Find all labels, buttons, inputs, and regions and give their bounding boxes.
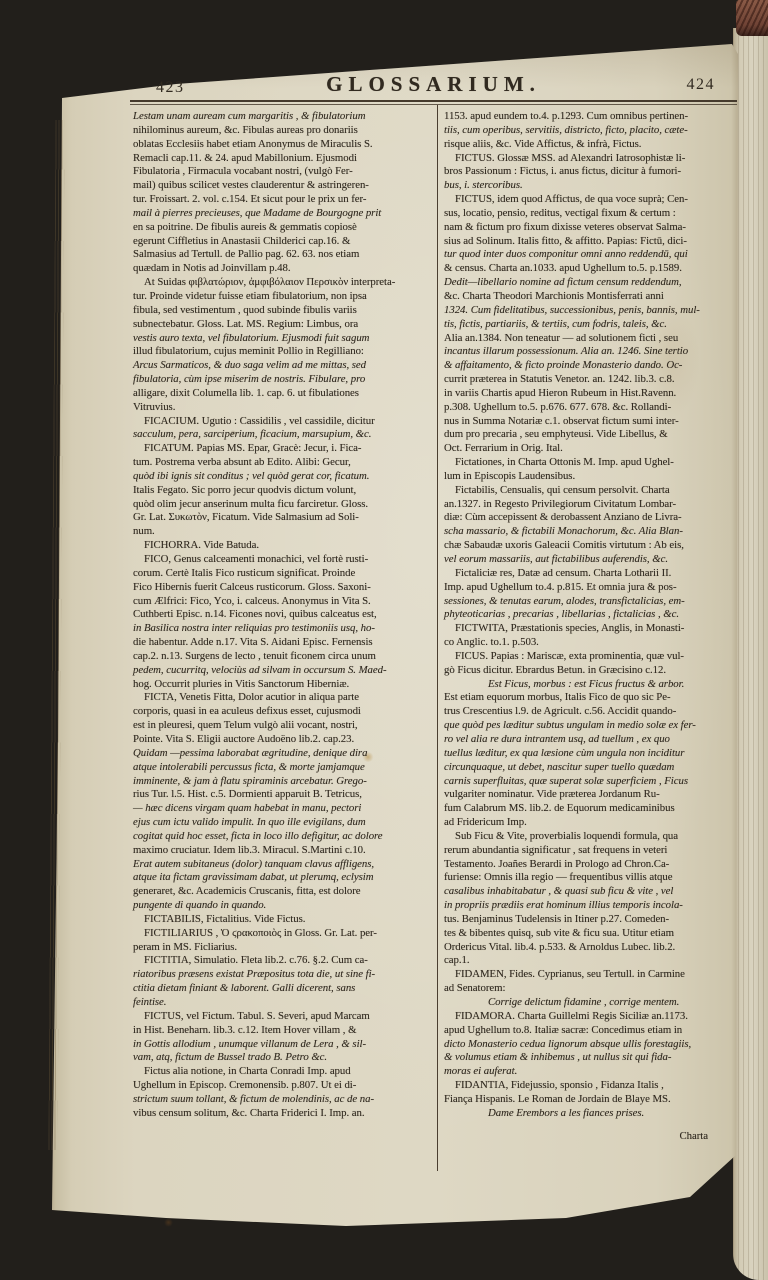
- text-line: 1153. apud eundem to.4. p.1293. Cum omni…: [444, 110, 736, 124]
- text-line: en sa poitrine. De fibulis aureis & gemm…: [133, 221, 434, 235]
- text-line: Gr. Lat. Συκωτὸν, Ficatum. Vide Salmasiu…: [133, 511, 434, 525]
- entry-start-line: FICTWITA, Præstationis species, Anglis, …: [444, 622, 736, 636]
- text-line: Ughellum in Episcop. Cremonensib. p.807.…: [133, 1079, 434, 1093]
- text-line: corporis, quasi in ea aculeus defixus es…: [133, 705, 434, 719]
- text-line: fum Calabrum MS. lib.2. de Equorum medic…: [444, 802, 736, 816]
- text-line: Dame Erembors a les fiances prises.: [444, 1107, 736, 1121]
- text-line: sius ad Solinum. Italis fitto, & affitto…: [444, 235, 736, 249]
- text-line: diæ: Cùm accepissent & derobassent Anzia…: [444, 511, 736, 525]
- text-line: Cuthberti Episc. n.14. Ficones novi, qui…: [133, 608, 434, 622]
- text-line: & affaitamento, & ficto proinde Monaster…: [444, 359, 736, 373]
- entry-start-line: FICUS. Papias : Mariscæ, exta prominenti…: [444, 650, 736, 664]
- text-line: Alia an.1384. Non teneatur — ad solution…: [444, 332, 736, 346]
- text-line: Remacli cap.11. & 24. apud Mabillonium. …: [133, 152, 434, 166]
- text-line: rius Tur. l.5. Hist. c.5. Dormienti appa…: [133, 788, 434, 802]
- text-line: Est etiam equorum morbus, Italis Fico de…: [444, 691, 736, 705]
- text-line: risque aliis, &c. Vide Affictus, & infrà…: [444, 138, 736, 152]
- text-line: Ordericus Vital. lib.4. p.533. & Arnoldu…: [444, 941, 736, 955]
- text-line: carnis superfluitas, quæ superat solæ su…: [444, 775, 736, 789]
- text-line: alligare, dixit Columella lib. 1. cap. 6…: [133, 387, 434, 401]
- text-line: feintise.: [133, 996, 434, 1010]
- text-line: pedem, cucurritq, velociùs ad silvam in …: [133, 664, 434, 678]
- left-text-column: Lestam unam auream cum margaritis , & fi…: [133, 110, 434, 1121]
- text-line: tes & bibentes quisq, sub vite & ficu su…: [444, 927, 736, 941]
- text-line: atque intolerabili percussus ficta, & mo…: [133, 761, 434, 775]
- text-line: die habentur. Adde n.17. Vita S. Aidani …: [133, 636, 434, 650]
- text-line: fibulatoria, cùm ipse miserim de nostris…: [133, 373, 434, 387]
- header-rule-top: [130, 100, 737, 102]
- text-line: Quidam —pessima laborabat ægritudine, de…: [133, 747, 434, 761]
- entry-start-line: FIDAMORA. Charta Guillelmi Regis Siciliæ…: [444, 1010, 736, 1024]
- entry-start-line: FICTUS, idem quod Affictus, de qua voce …: [444, 193, 736, 207]
- text-line: in variis Chartis apud Hieron Rubeum in …: [444, 387, 736, 401]
- text-line: sus, locatio, pensio, reditus, vectigal …: [444, 207, 736, 221]
- text-line: subnectebatur. Gloss. Lat. MS. Regium: L…: [133, 318, 434, 332]
- text-line: tum. Postrema verba absunt ab Edito. Ali…: [133, 456, 434, 470]
- entry-start-line: FICHORRA. Vide Batuda.: [133, 539, 434, 553]
- text-line: cogitat quid hoc esset, ficta in loco il…: [133, 830, 434, 844]
- text-line: atque ita fictam gravissimam dabat, ut p…: [133, 871, 434, 885]
- text-line: Lestam unam auream cum margaritis , & fi…: [133, 110, 434, 124]
- entry-start-line: FIDAMEN, Fides. Cyprianus, seu Tertull. …: [444, 968, 736, 982]
- entry-start-line: FICATUM. Papias MS. Epar, Gracè: Jecur, …: [133, 442, 434, 456]
- column-divider-rule: [437, 105, 438, 1171]
- entry-start-line: FICTABILIS, Fictalitius. Vide Fictus.: [133, 913, 434, 927]
- text-line: dicto Monasterio cedua lignorum absque u…: [444, 1038, 736, 1052]
- text-line: circunquaque, ut debet, nascitur super t…: [444, 761, 736, 775]
- text-line: in propriis prædiis erat hominum illius …: [444, 899, 736, 913]
- text-line: trus Crescentius l.9. de Agricult. c.56.…: [444, 705, 736, 719]
- text-line: dum pro precaria , seu emphyteusi. Vide …: [444, 428, 736, 442]
- text-line: Pointe. Vita S. Eligii auctore Audoëno l…: [133, 733, 434, 747]
- text-line: gò Ficus dicitur. Ebrardus Betun. in Græ…: [444, 664, 736, 678]
- text-line: cap.2. n.13. Surgens de lecto , tenuit f…: [133, 650, 434, 664]
- text-line: tuellus læditur, ex qua læsione cùm ungu…: [444, 747, 736, 761]
- text-line: Imp. apud Ughellum to.4. p.815. Et omnia…: [444, 581, 736, 595]
- text-line: ctitia dietam finiant & laborent. Galli …: [133, 982, 434, 996]
- text-line: Dedit—libellario nomine ad fictum censum…: [444, 276, 736, 290]
- glossary-title: GLOSSARIUM.: [130, 72, 737, 97]
- text-line: hog. Occurrit pluries in Vitis Sanctorum…: [133, 678, 434, 692]
- text-line: fibula, sed vestimentum , quod subinde f…: [133, 304, 434, 318]
- text-line: nihilominus aureum, &c. Fibulas aureas p…: [133, 124, 434, 138]
- text-line: maximo cruciatur. Idem lib.3. Miracul. S…: [133, 844, 434, 858]
- text-line: furiense: Omnis illa regio — frequentibu…: [444, 871, 736, 885]
- text-line: peram in MS. Ficliarius.: [133, 941, 434, 955]
- text-line: ad Senatorem:: [444, 982, 736, 996]
- text-line: corum. Certè Italis Fico rusticum signif…: [133, 567, 434, 581]
- text-line: & volumus etiam & inhibemus , ut nullus …: [444, 1051, 736, 1065]
- entry-start-line: FIDANTIA, Fidejussio, sponsio , Fidanza …: [444, 1079, 736, 1093]
- text-line: tur. Proinde videtur fuisse etiam fibula…: [133, 290, 434, 304]
- text-line: vestis auro texta, vel fibulatorium. Eju…: [133, 332, 434, 346]
- text-line: num.: [133, 525, 434, 539]
- entry-start-line: FICACIUM. Ugutio : Cassidilis , vel cass…: [133, 415, 434, 429]
- text-line: co Anglic. to.1. p.503.: [444, 636, 736, 650]
- text-line: apud Ughellum to.8. Italiæ sacræ: Conced…: [444, 1024, 736, 1038]
- entry-start-line: Sub Ficu & Vite, proverbialis loquendi f…: [444, 830, 736, 844]
- text-line: tus. Benjaminus Tudelensis in Itiner p.2…: [444, 913, 736, 927]
- text-line: in Hist. Beneharn. lib.3. c.12. Item Hov…: [133, 1024, 434, 1038]
- text-line: bus, i. stercoribus.: [444, 179, 736, 193]
- text-line: Erat autem subitaneus (dolor) tanquam cl…: [133, 858, 434, 872]
- text-line: Fico Hibernis fuerit Calceus rusticorum.…: [133, 581, 434, 595]
- text-line: ro vel alia re dura intrantem usq, ad tu…: [444, 733, 736, 747]
- text-line: in Basilica nostra inter reliquias pro t…: [133, 622, 434, 636]
- page-number-right: 424: [687, 76, 716, 94]
- text-line: ejus cum ictu valido impulit. In quo ill…: [133, 816, 434, 830]
- text-line: currit præterea in Statutis Venetor. an.…: [444, 373, 736, 387]
- text-line: strictum suum tollant, & fictum de molen…: [133, 1093, 434, 1107]
- scanned-book-photo: { "page": { "left_page_number": "423", "…: [0, 0, 768, 1280]
- entry-start-line: Fictationes, in Charta Ottonis M. Imp. a…: [444, 456, 736, 470]
- text-line: — hæc dicens virgam quam habebat in manu…: [133, 802, 434, 816]
- text-line: ad Fridericum Imp.: [444, 816, 736, 830]
- text-line: tis, fictis, partiariis, & tertiis, cum …: [444, 318, 736, 332]
- text-line: tiis, cum operibus, servitiis, districto…: [444, 124, 736, 138]
- text-line: Fibulatoria , Firmacula vocabant nostri,…: [133, 165, 434, 179]
- entry-start-line: FICTITIA, Simulatio. Fleta lib.2. c.76. …: [133, 954, 434, 968]
- text-line: sacculum, pera, sarciperium, ficacium, m…: [133, 428, 434, 442]
- text-line: in Gottis allodium , unumque villanum de…: [133, 1038, 434, 1052]
- text-line: chæ Sabaudæ uxoris Galeacii Comitis virt…: [444, 539, 736, 553]
- text-line: Corrige delictum fidamine , corrige ment…: [444, 996, 736, 1010]
- catchword: Charta: [444, 1130, 736, 1144]
- text-line: moras ei auferat.: [444, 1065, 736, 1079]
- entry-start-line: FICTILIARIUS , Ὁ ϛρακοποιὸς in Gloss. Gr…: [133, 927, 434, 941]
- text-line: egerunt Ciffletius in Anastasii Childeri…: [133, 235, 434, 249]
- right-text-column: 1153. apud eundem to.4. p.1293. Cum omni…: [444, 110, 736, 1143]
- text-line: quòd ibi ignis sit conditus ; vel quòd g…: [133, 470, 434, 484]
- text-line: Arcus Sarmaticos, & duo saga velim ad me…: [133, 359, 434, 373]
- text-line: tur quod inter duos componitur omni anno…: [444, 248, 736, 262]
- entry-start-line: Fictabilis, Censualis, qui censum persol…: [444, 484, 736, 498]
- text-line: Fiança Hispanis. Le Roman de Jordain de …: [444, 1093, 736, 1107]
- text-line: que quòd pes læditur subtus ungulam in m…: [444, 719, 736, 733]
- text-line: generaret, &c. Academicis Cruscanis, fit…: [133, 885, 434, 899]
- text-line: Salmasius ad Tertull. de Pallio pag. 62.…: [133, 248, 434, 262]
- text-line: vam, atq, fictum de Bussel trado B. Petr…: [133, 1051, 434, 1065]
- text-line: imminente, & jam à flatu spiraminis arce…: [133, 775, 434, 789]
- entry-start-line: At Suidas φιβλατώριον, ἀμφιβόλαιον Περσι…: [133, 276, 434, 290]
- entry-start-line: FICO, Genus calceamenti monachici, vel f…: [133, 553, 434, 567]
- text-line: vel eorum massariis, aut fictabilibus au…: [444, 553, 736, 567]
- entry-start-line: Fictaliciæ res, Datæ ad censum. Charta L…: [444, 567, 736, 581]
- text-line: est in pleuresi, quem Telum vulgò alii v…: [133, 719, 434, 733]
- entry-start-line: FICTUS. Glossæ MSS. ad Alexandri Iatroso…: [444, 152, 736, 166]
- text-line: rerum abundantia significatur , sat freq…: [444, 844, 736, 858]
- text-line: pungente di quando in quando.: [133, 899, 434, 913]
- text-line: quædam in Notis ad Joinvillam p.48.: [133, 262, 434, 276]
- text-line: lum in Episcopis Laudensibus.: [444, 470, 736, 484]
- text-line: vibus censum solitum, &c. Charta Frideri…: [133, 1107, 434, 1121]
- text-line: bros Passionum : Fictus, i. anus fictus,…: [444, 165, 736, 179]
- text-line: phyteoticarias , precarias , libellarias…: [444, 608, 736, 622]
- text-line: casalibus inhabitabatur , & quasi sub fi…: [444, 885, 736, 899]
- text-line: Est Ficus, morbus : est Ficus fructus & …: [444, 678, 736, 692]
- text-line: nam & fictum pro fixum dixisse veteres o…: [444, 221, 736, 235]
- text-line: riatoribus præsens existat Præpositus to…: [133, 968, 434, 982]
- text-line: Vitruvius.: [133, 401, 434, 415]
- entry-start-line: FICTUS, vel Fictum. Tabul. S. Severi, ap…: [133, 1010, 434, 1024]
- text-line: vulgariter nominatur. Vide præterea Jord…: [444, 788, 736, 802]
- text-line: quòd olim jecur anserinum multa ficu far…: [133, 498, 434, 512]
- text-line: nus in Summa Notariæ c.1. observat fictu…: [444, 415, 736, 429]
- text-line: &c. Charta Theodori Marchionis Montisfer…: [444, 290, 736, 304]
- text-line: scha massario, & fictabili Monachorum, &…: [444, 525, 736, 539]
- text-line: oblatas Ecclesiis habet etiam Anonymus d…: [133, 138, 434, 152]
- book-headband: [736, 0, 768, 36]
- text-line: Italis Fegato. Sic porro jecur quodvis d…: [133, 484, 434, 498]
- text-line: an.1327. in Regesto Privilegiorum Civita…: [444, 498, 736, 512]
- entry-start-line: FICTA, Venetis Fitta, Dolor acutior in a…: [133, 691, 434, 705]
- page-header: 423 GLOSSARIUM. 424: [130, 72, 737, 98]
- text-line: illud fibulatorium, cujus meminit Pollio…: [133, 345, 434, 359]
- paper-stain: [164, 1218, 173, 1227]
- text-line: cap.1.: [444, 954, 736, 968]
- entry-start-line: Fictus alia notione, in Charta Conradi I…: [133, 1065, 434, 1079]
- text-line: incantus illarum possessionum. Alia an. …: [444, 345, 736, 359]
- text-line: & census. Charta an.1033. apud Ughellum …: [444, 262, 736, 276]
- text-line: mail à pierres precieuses, que Madame de…: [133, 207, 434, 221]
- text-line: 1324. Cum fidelitatibus, successionibus,…: [444, 304, 736, 318]
- fore-edge-page-stack: [733, 28, 768, 1280]
- text-line: mail) quibus scilicet vestes clauderentu…: [133, 179, 434, 193]
- text-line: p.308. Ughellum to.5. p.676. 677. 678. &…: [444, 401, 736, 415]
- text-line: Testamento. Joañes Berardi in Prologo ad…: [444, 858, 736, 872]
- header-rule-bottom: [130, 104, 737, 105]
- text-line: sessiones, & tenutas earum, alodes, tran…: [444, 595, 736, 609]
- text-line: cum Ælfrici: Fico, Yco, i. calceus. Anon…: [133, 595, 434, 609]
- text-line: tur. Froissart. 2. vol. c.154. Et sicut …: [133, 193, 434, 207]
- text-line: Oct. Ferrarium in Orig. Ital.: [444, 442, 736, 456]
